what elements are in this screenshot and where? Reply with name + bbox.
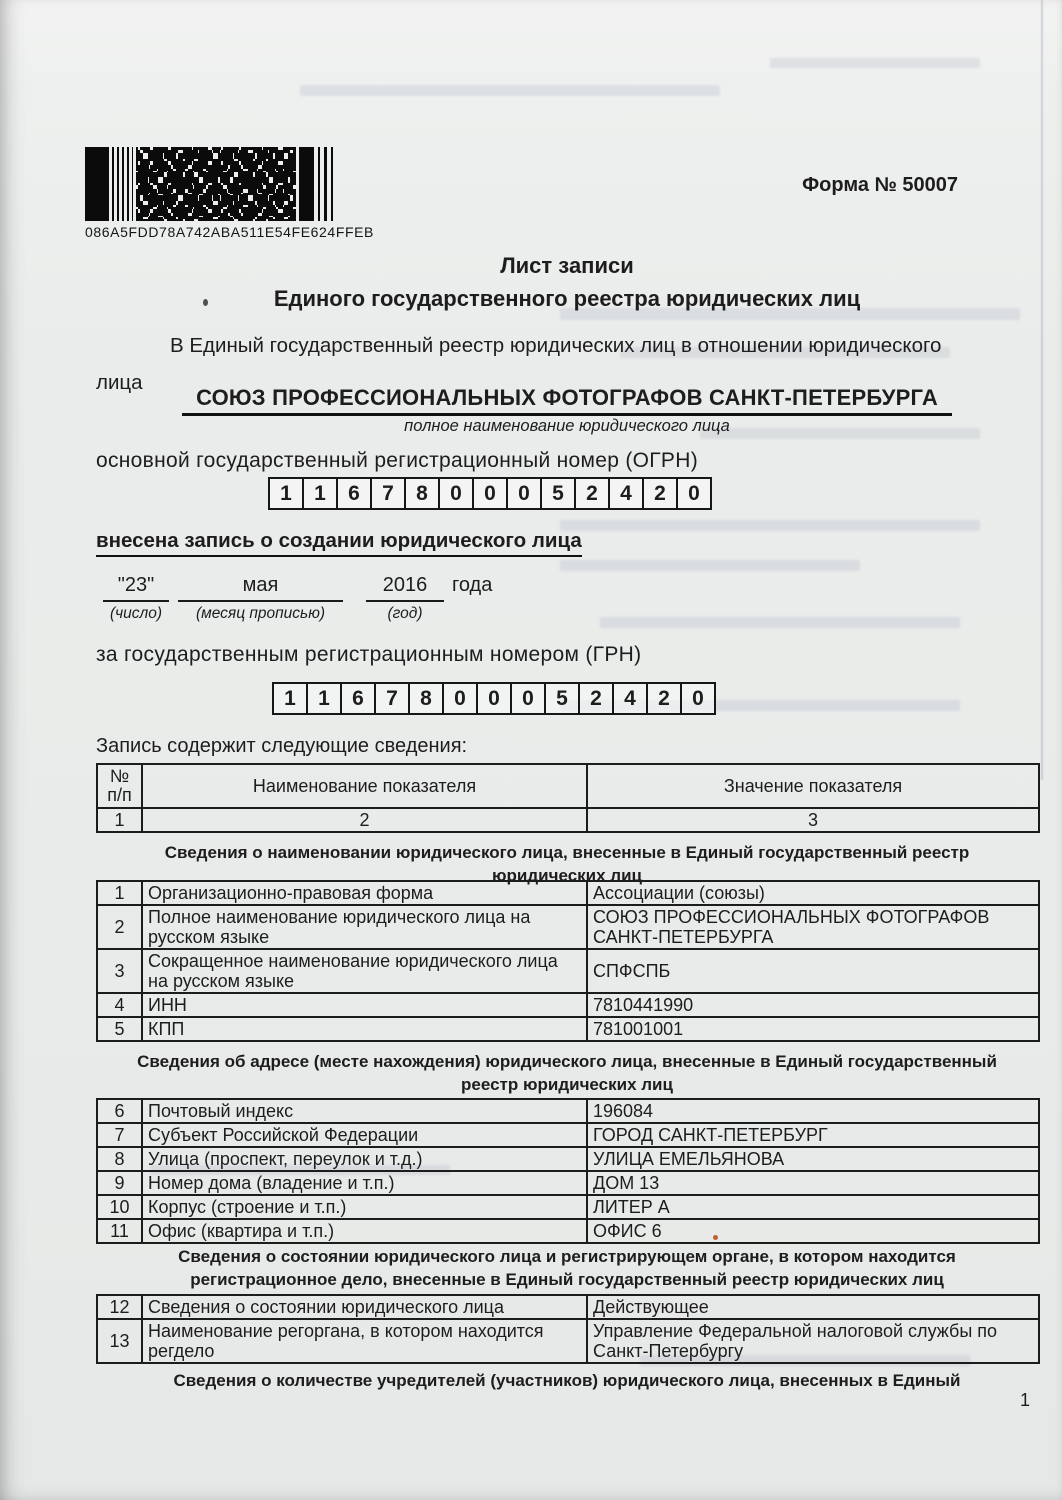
row-value: Управление Федеральной налоговой службы … <box>587 1319 1039 1363</box>
table-row: 1 Организационно-правовая форма Ассоциац… <box>97 881 1039 905</box>
date-month-label: (месяц прописью) <box>178 605 343 623</box>
ogrn-digit: 2 <box>574 477 610 510</box>
section-heading-founders-info: Сведения о количестве учредителей (участ… <box>96 1371 1038 1391</box>
document-title: Лист записи Единого государственного рее… <box>96 249 1038 315</box>
date-day-label: (число) <box>103 605 169 623</box>
name-info-table: 1 Организационно-правовая форма Ассоциац… <box>96 880 1038 1042</box>
bleedthrough-stripe <box>770 58 980 68</box>
ogrn-digit: 7 <box>370 477 406 510</box>
row-value: 781001001 <box>587 1017 1039 1041</box>
bleedthrough-stripe <box>560 520 980 531</box>
ogrn-digit: 5 <box>540 477 576 510</box>
record-statement: внесена запись о создании юридического л… <box>96 529 582 557</box>
barcode-bar <box>109 147 133 221</box>
grn-digit: 0 <box>510 682 546 715</box>
table-row: 10 Корпус (строение и т.п.) ЛИТЕР А <box>97 1195 1039 1219</box>
status-info-table: 12 Сведения о состоянии юридического лиц… <box>96 1294 1038 1364</box>
ogrn-digit: 0 <box>472 477 508 510</box>
table-row: 4 ИНН 7810441990 <box>97 993 1039 1017</box>
table-row: 9 Номер дома (владение и т.п.) ДОМ 13 <box>97 1171 1039 1195</box>
address-info-table: 6 Почтовый индекс 196084 7 Субъект Росси… <box>96 1098 1038 1244</box>
row-number: 3 <box>97 949 142 993</box>
table-row: 6 Почтовый индекс 196084 <box>97 1099 1039 1123</box>
column-number: 2 <box>142 808 587 832</box>
form-number: Форма № 50007 <box>802 174 958 197</box>
table-row: 11 Офис (квартира и т.п.) ОФИС 6 <box>97 1219 1039 1243</box>
table-row: 5 КПП 781001001 <box>97 1017 1039 1041</box>
section-heading-line: реестр юридических лиц <box>96 1073 1038 1096</box>
row-name: Полное наименование юридического лица на… <box>142 905 587 949</box>
grn-digit: 0 <box>476 682 512 715</box>
row-name: Офис (квартира и т.п.) <box>142 1219 587 1243</box>
header-value: Значение показателя <box>587 764 1039 808</box>
barcode-bar <box>311 147 337 221</box>
date-day-value: "23" <box>103 574 169 602</box>
row-name: Субъект Российской Федерации <box>142 1123 587 1147</box>
grn-digit-boxes: 1 1 6 7 8 0 0 0 5 2 4 2 0 <box>272 682 716 715</box>
grn-digit: 5 <box>544 682 580 715</box>
date-day-field: "23" (число) <box>103 574 169 623</box>
ogrn-digit: 0 <box>506 477 542 510</box>
row-value: ЛИТЕР А <box>587 1195 1039 1219</box>
barcode-matrix <box>136 147 296 221</box>
ogrn-digit: 2 <box>642 477 678 510</box>
row-number: 2 <box>97 905 142 949</box>
barcode-image <box>85 147 337 221</box>
row-name: Наименование регоргана, в котором находи… <box>142 1319 587 1363</box>
ogrn-digit: 1 <box>268 477 304 510</box>
page-number: 1 <box>1020 1390 1030 1411</box>
barcode-bar <box>85 147 109 221</box>
date-month-field: мая (месяц прописью) <box>178 574 343 623</box>
section-heading-line: Сведения о наименовании юридического лиц… <box>96 841 1038 864</box>
section-heading-line: Сведения о состоянии юридического лица и… <box>96 1245 1038 1268</box>
ogrn-digit: 0 <box>438 477 474 510</box>
ogrn-digit: 8 <box>404 477 440 510</box>
row-number: 9 <box>97 1171 142 1195</box>
row-value: ДОМ 13 <box>587 1171 1039 1195</box>
row-name: Организационно-правовая форма <box>142 881 587 905</box>
grn-digit: 7 <box>374 682 410 715</box>
grn-digit: 1 <box>272 682 308 715</box>
row-value: ГОРОД САНКТ-ПЕТЕРБУРГ <box>587 1123 1039 1147</box>
bleedthrough-stripe <box>300 85 720 96</box>
ogrn-label: основной государственный регистрационный… <box>96 449 698 473</box>
section-heading-status-info: Сведения о состоянии юридического лица и… <box>96 1245 1038 1291</box>
company-name: СОЮЗ ПРОФЕССИОНАЛЬНЫХ ФОТОГРАФОВ САНКТ-П… <box>182 385 952 416</box>
row-name: Сведения о состоянии юридического лица <box>142 1295 587 1319</box>
row-name: КПП <box>142 1017 587 1041</box>
table-row: 13 Наименование регоргана, в котором нах… <box>97 1319 1039 1363</box>
section-heading-line: Сведения об адресе (месте нахождения) юр… <box>96 1050 1038 1073</box>
section-heading-address-info: Сведения об адресе (месте нахождения) юр… <box>96 1050 1038 1096</box>
row-value: СПФСПБ <box>587 949 1039 993</box>
row-number: 8 <box>97 1147 142 1171</box>
ogrn-digit: 1 <box>302 477 338 510</box>
column-number: 1 <box>97 808 142 832</box>
grn-digit: 6 <box>340 682 376 715</box>
record-statement-text: внесена запись о создании юридического л… <box>96 529 582 557</box>
row-name: Почтовый индекс <box>142 1099 587 1123</box>
column-number: 3 <box>587 808 1039 832</box>
grn-digit: 0 <box>442 682 478 715</box>
company-name-caption: полное наименование юридического лица <box>96 417 1038 436</box>
grn-digit: 2 <box>646 682 682 715</box>
row-name: Сокращенное наименование юридического ли… <box>142 949 587 993</box>
row-number: 6 <box>97 1099 142 1123</box>
title-line-1: Лист записи <box>96 249 1038 282</box>
table-row: 8 Улица (проспект, переулок и т.д.) УЛИЦ… <box>97 1147 1039 1171</box>
document-page: 086A5FDD78A742ABA511E54FE624FFEB Форма №… <box>0 0 1062 1500</box>
table-header-row: № п/п Наименование показателя Значение п… <box>97 764 1039 808</box>
date-year-field: 2016 (год) <box>366 574 444 623</box>
row-number: 7 <box>97 1123 142 1147</box>
row-value: СОЮЗ ПРОФЕССИОНАЛЬНЫХ ФОТОГРАФОВ САНКТ-П… <box>587 905 1039 949</box>
row-number: 5 <box>97 1017 142 1041</box>
ogrn-digit: 4 <box>608 477 644 510</box>
date-year-value: 2016 <box>366 574 444 602</box>
table-row: 12 Сведения о состоянии юридического лиц… <box>97 1295 1039 1319</box>
row-value: Ассоциации (союзы) <box>587 881 1039 905</box>
grn-digit: 4 <box>612 682 648 715</box>
header-num: № п/п <box>97 764 142 808</box>
title-line-2: Единого государственного реестра юридиче… <box>96 282 1038 315</box>
row-value: 7810441990 <box>587 993 1039 1017</box>
record-contains-line: Запись содержит следующие сведения: <box>96 735 467 758</box>
row-value: Действующее <box>587 1295 1039 1319</box>
row-number: 1 <box>97 881 142 905</box>
grn-digit: 0 <box>680 682 716 715</box>
intro-line-1: В Единый государственный реестр юридичес… <box>96 327 1036 364</box>
row-number: 11 <box>97 1219 142 1243</box>
barcode-caption: 086A5FDD78A742ABA511E54FE624FFEB <box>85 224 337 240</box>
row-name: Номер дома (владение и т.п.) <box>142 1171 587 1195</box>
bleedthrough-line <box>1041 0 1043 780</box>
ogrn-digit: 6 <box>336 477 372 510</box>
bleedthrough-stripe <box>560 560 860 571</box>
date-year-suffix: года <box>452 574 492 597</box>
row-value: 196084 <box>587 1099 1039 1123</box>
grn-label: за государственным регистрационным номер… <box>96 643 641 667</box>
header-name: Наименование показателя <box>142 764 587 808</box>
table-row: 2 Полное наименование юридического лица … <box>97 905 1039 949</box>
company-name-line: СОЮЗ ПРОФЕССИОНАЛЬНЫХ ФОТОГРАФОВ САНКТ-П… <box>96 385 1038 416</box>
ogrn-digit-boxes: 1 1 6 7 8 0 0 0 5 2 4 2 0 <box>268 477 712 510</box>
date-year-label: (год) <box>366 605 444 623</box>
column-number-row: 1 2 3 <box>97 808 1039 832</box>
grn-digit: 2 <box>578 682 614 715</box>
row-number: 10 <box>97 1195 142 1219</box>
barcode: 086A5FDD78A742ABA511E54FE624FFEB <box>85 147 337 240</box>
barcode-bar <box>299 147 311 221</box>
grn-digit: 1 <box>306 682 342 715</box>
record-date: "23" (число) мая (месяц прописью) 2016 (… <box>96 574 1038 624</box>
section-heading-line: регистрационное дело, внесенные в Единый… <box>96 1268 1038 1291</box>
grn-digit: 8 <box>408 682 444 715</box>
row-name: Улица (проспект, переулок и т.д.) <box>142 1147 587 1171</box>
row-number: 4 <box>97 993 142 1017</box>
row-value: ОФИС 6 <box>587 1219 1039 1243</box>
table-row: 3 Сокращенное наименование юридического … <box>97 949 1039 993</box>
ogrn-digit: 0 <box>676 477 712 510</box>
indicators-header-table: № п/п Наименование показателя Значение п… <box>96 763 1038 833</box>
row-number: 13 <box>97 1319 142 1363</box>
row-value: УЛИЦА ЕМЕЛЬЯНОВА <box>587 1147 1039 1171</box>
row-name: ИНН <box>142 993 587 1017</box>
row-number: 12 <box>97 1295 142 1319</box>
date-month-value: мая <box>178 574 343 602</box>
row-name: Корпус (строение и т.п.) <box>142 1195 587 1219</box>
table-row: 7 Субъект Российской Федерации ГОРОД САН… <box>97 1123 1039 1147</box>
